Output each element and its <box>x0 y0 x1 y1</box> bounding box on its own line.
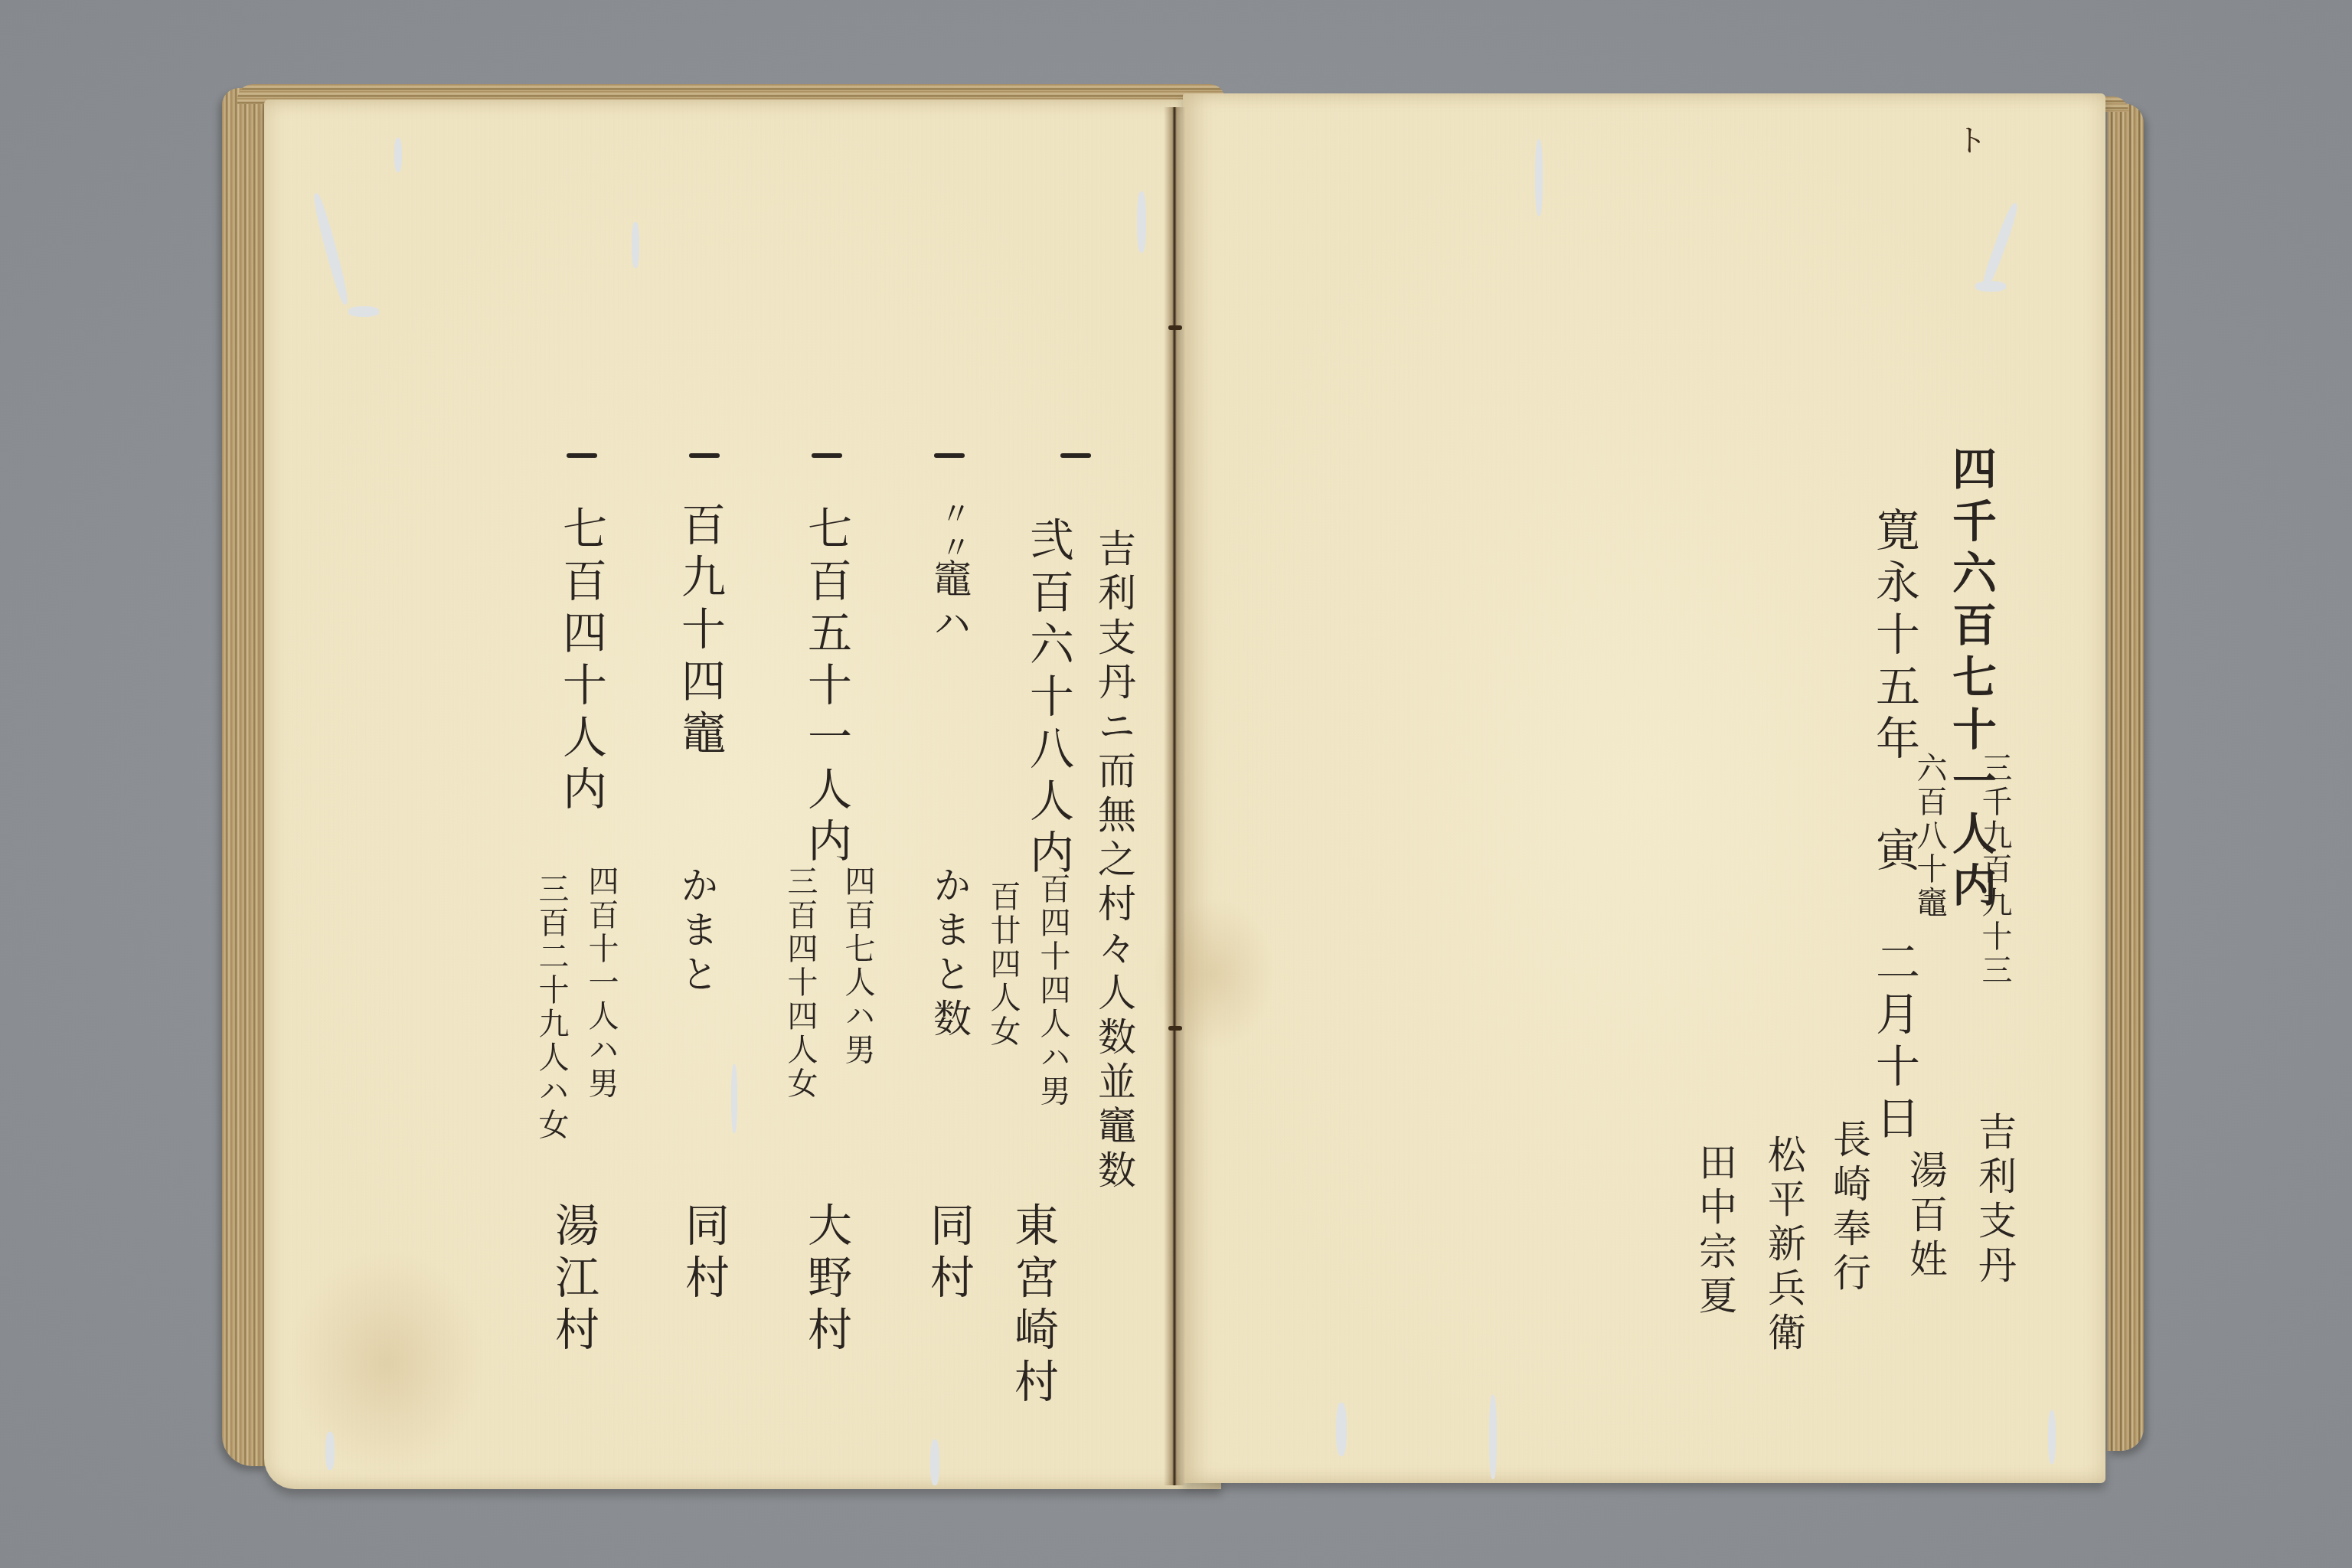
worm-damage <box>2048 1410 2056 1464</box>
right-page-edges <box>2107 103 2144 1451</box>
page-marker: ト <box>1956 116 1987 160</box>
entry-total: 〃〃 <box>938 498 969 565</box>
item-mark <box>934 453 965 458</box>
entry-hearths: かまと数 <box>930 865 969 1043</box>
entry-male: 四百十一人ハ男 <box>586 865 616 1101</box>
worm-damage <box>930 1439 939 1485</box>
left-page: 吉利支丹ニ而無之村々人数並竈数 弐百六十八人内 百四十四人ハ男 百廿四人女 東宮… <box>264 100 1221 1489</box>
entry-male: 四百七人ハ男 <box>842 865 873 1067</box>
item-mark <box>567 453 597 458</box>
worm-damage <box>325 1432 335 1470</box>
entry-note: 竈ハ <box>930 559 969 648</box>
binding-thread <box>1168 1026 1182 1031</box>
signatory: 長崎奉行 <box>1830 1119 1868 1297</box>
worm-damage <box>1975 281 2006 292</box>
worm-damage <box>1979 201 2020 292</box>
worm-damage <box>394 138 402 172</box>
worm-damage <box>1489 1395 1497 1479</box>
worm-damage <box>632 222 639 268</box>
photo-backdrop: 吉利支丹ニ而無之村々人数並竈数 弐百六十八人内 百四十四人ハ男 百廿四人女 東宮… <box>0 0 2352 1568</box>
entry-hearths: かまと <box>678 865 716 998</box>
signatory: 湯百姓 <box>1906 1150 1945 1283</box>
open-book: 吉利支丹ニ而無之村々人数並竈数 弐百六十八人内 百四十四人ハ男 百廿四人女 東宮… <box>222 84 2144 1493</box>
entry-total: 弐百六十八人内 <box>1026 517 1070 881</box>
worm-damage <box>1535 139 1543 216</box>
entry-female: 百廿四人女 <box>988 880 1018 1049</box>
entry-total: 七百五十一人内 <box>804 505 848 870</box>
item-mark <box>1060 453 1091 458</box>
worm-damage <box>348 306 379 317</box>
entry-village: 大野村 <box>804 1202 848 1358</box>
worm-damage <box>311 192 351 306</box>
worm-damage <box>1137 191 1146 253</box>
item-mark <box>812 453 842 458</box>
entry-total: 七百四十人内 <box>559 505 603 818</box>
binding-thread <box>1168 325 1182 330</box>
item-mark <box>689 453 720 458</box>
entry-female: 三百二十九人ハ女 <box>536 873 567 1142</box>
right-page: ト 四千六百七十一人内 三千九百九十三 六百八十竈 寛永十五年 寅 二月十日 吉… <box>1183 93 2105 1483</box>
entry-male: 百四十四人ハ男 <box>1037 873 1068 1109</box>
entry-total: 百九十四竈 <box>678 501 722 762</box>
entry-village: 同村 <box>681 1202 726 1306</box>
summary-split: 三千九百九十三 <box>1979 752 2010 988</box>
signatory: 吉利支丹 <box>1975 1112 2014 1289</box>
signatory: 松平新兵衛 <box>1765 1135 1803 1357</box>
document-date: 寛永十五年 寅 二月十日 <box>1872 507 1916 1147</box>
entry-village: 東宮崎村 <box>1011 1202 1055 1410</box>
header-title: 吉利支丹ニ而無之村々人数並竈数 <box>1095 528 1133 1194</box>
entry-female: 三百四十四人女 <box>785 865 815 1101</box>
entry-village: 同村 <box>926 1202 971 1306</box>
signatory: 田中宗夏 <box>1696 1142 1734 1320</box>
book-gutter <box>1164 107 1185 1485</box>
entry-village: 湯江村 <box>551 1202 596 1358</box>
worm-damage <box>1336 1403 1347 1456</box>
left-page-edges <box>222 88 268 1466</box>
worm-damage <box>731 1064 737 1133</box>
water-stain <box>287 1248 486 1478</box>
